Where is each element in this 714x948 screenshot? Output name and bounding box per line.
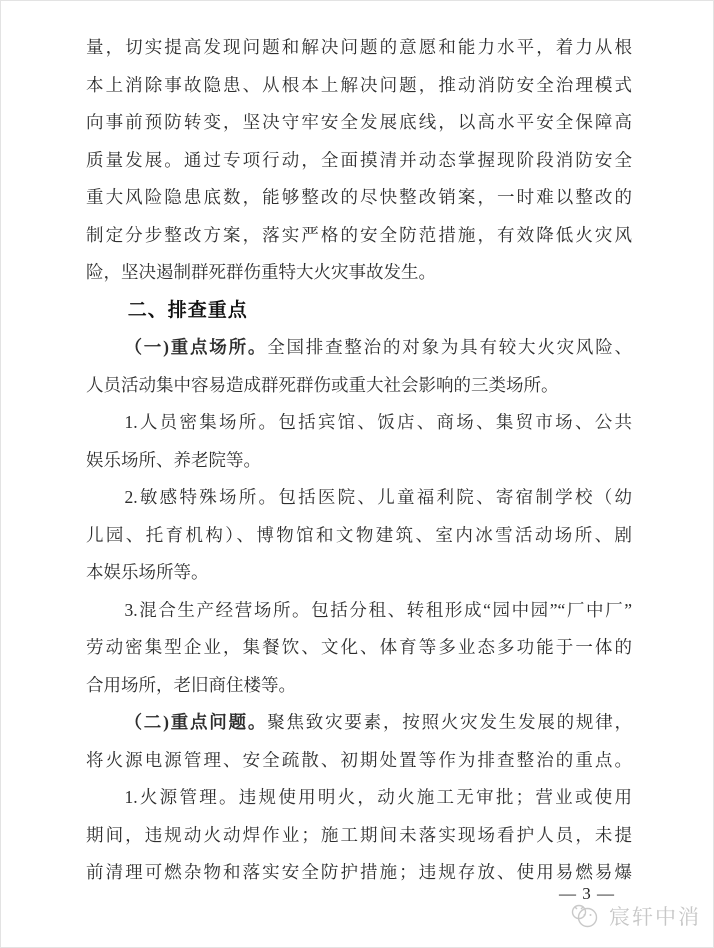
text-line: 儿园、托育机构）、博物馆和文物建筑、室内冰雪活动场所、剧: [86, 517, 632, 555]
text-segment: 质量发展。通过专项行动，全面摸清并动态掌握现阶段消防安全: [86, 150, 632, 170]
text-line: 前清理可燃杂物和落实安全防护措施；违规存放、使用易燃易爆: [86, 854, 632, 892]
text-line: 1.火源管理。违规使用明火，动火施工无审批；营业或使用: [86, 779, 632, 817]
text-segment: 二、排查重点: [128, 300, 248, 321]
text-segment: 将火源电源管理、安全疏散、初期处置等作为排查整治的重点。: [86, 750, 632, 770]
text-line: 娱乐场所、养老院等。: [86, 442, 632, 480]
text-segment: 2.敏感特殊场所。包括医院、儿童福利院、寄宿制学校（幼: [125, 487, 633, 507]
text-line: 将火源电源管理、安全疏散、初期处置等作为排查整治的重点。: [86, 742, 632, 780]
text-segment: 险，坚决遏制群死群伤重特大火灾事故发生。: [86, 262, 436, 282]
text-segment: 重大风险隐患底数，能够整改的尽快整改销案，一时难以整改的: [86, 187, 632, 207]
text-line: 重大风险隐患底数，能够整改的尽快整改销案，一时难以整改的: [86, 179, 632, 217]
text-segment: 劳动密集型企业，集餐饮、文化、体育等多业态多功能于一体的: [86, 637, 632, 657]
text-block: 量，切实提高发现问题和解决问题的意愿和能力水平，着力从根本上消除事故隐患、从根本…: [86, 29, 632, 892]
text-segment: 量，切实提高发现问题和解决问题的意愿和能力水平，着力从根: [86, 37, 632, 57]
text-segment: 娱乐场所、养老院等。: [86, 450, 261, 470]
text-segment: 制定分步整改方案，落实严格的安全防范措施，有效降低火灾风: [86, 225, 632, 245]
text-segment: 合用场所，老旧商住楼等。: [86, 675, 296, 695]
text-line: 量，切实提高发现问题和解决问题的意愿和能力水平，着力从根: [86, 29, 632, 67]
text-segment: 1.人员密集场所。包括宾馆、饭店、商场、集贸市场、公共: [125, 412, 633, 432]
watermark-text: 宸轩中消: [609, 901, 701, 931]
text-line: 3.混合生产经营场所。包括分租、转租形成“园中园”“厂中厂”: [86, 592, 632, 630]
text-segment: 1.火源管理。违规使用明火，动火施工无审批；营业或使用: [125, 787, 633, 807]
text-line: （二)重点问题。聚焦致灾要素，按照火灾发生发展的规律，: [86, 704, 632, 742]
text-line: 险，坚决遏制群死群伤重特大火灾事故发生。: [86, 254, 632, 292]
text-line: 1.人员密集场所。包括宾馆、饭店、商场、集贸市场、公共: [86, 404, 632, 442]
text-segment: 聚焦致灾要素，按照火灾发生发展的规律，: [267, 712, 632, 732]
text-line: 制定分步整改方案，落实严格的安全防范措施，有效降低火灾风: [86, 217, 632, 255]
text-line: 本上消除事故隐患、从根本上解决问题，推动消防安全治理模式: [86, 67, 632, 105]
text-segment: 儿园、托育机构）、博物馆和文物建筑、室内冰雪活动场所、剧: [86, 525, 632, 545]
text-segment: 人员活动集中容易造成群死群伤或重大社会影响的三类场所。: [86, 375, 559, 395]
text-segment: 前清理可燃杂物和落实安全防护措施；违规存放、使用易燃易爆: [86, 862, 632, 882]
watermark: 宸轩中消: [570, 901, 701, 931]
text-line: 质量发展。通过专项行动，全面摸清并动态掌握现阶段消防安全: [86, 142, 632, 180]
text-line: 期间，违规动火动焊作业；施工期间未落实现场看护人员，未提: [86, 817, 632, 855]
section-heading: 二、排查重点: [86, 292, 632, 330]
text-segment: 期间，违规动火动焊作业；施工期间未落实现场看护人员，未提: [86, 825, 632, 845]
text-line: 向事前预防转变，坚决守牢安全发展底线，以高水平安全保障高: [86, 104, 632, 142]
text-line: 合用场所，老旧商住楼等。: [86, 667, 632, 705]
text-segment: 3.混合生产经营场所。包括分租、转租形成“园中园”“厂中厂”: [125, 600, 633, 620]
text-segment: （二)重点问题。: [125, 712, 268, 732]
text-line: 劳动密集型企业，集餐饮、文化、体育等多业态多功能于一体的: [86, 629, 632, 667]
document-page: 量，切实提高发现问题和解决问题的意愿和能力水平，着力从根本上消除事故隐患、从根本…: [0, 0, 714, 948]
text-line: 本娱乐场所等。: [86, 554, 632, 592]
watermark-logo-icon: [570, 902, 602, 930]
text-segment: （一)重点场所。: [125, 337, 268, 357]
text-line: 2.敏感特殊场所。包括医院、儿童福利院、寄宿制学校（幼: [86, 479, 632, 517]
text-segment: 向事前预防转变，坚决守牢安全发展底线，以高水平安全保障高: [86, 112, 632, 132]
text-segment: 本娱乐场所等。: [86, 562, 209, 582]
text-segment: 本上消除事故隐患、从根本上解决问题，推动消防安全治理模式: [86, 75, 632, 95]
text-line: 人员活动集中容易造成群死群伤或重大社会影响的三类场所。: [86, 367, 632, 405]
text-segment: 全国排查整治的对象为具有较大火灾风险、: [267, 337, 632, 357]
text-line: （一)重点场所。全国排查整治的对象为具有较大火灾风险、: [86, 329, 632, 367]
